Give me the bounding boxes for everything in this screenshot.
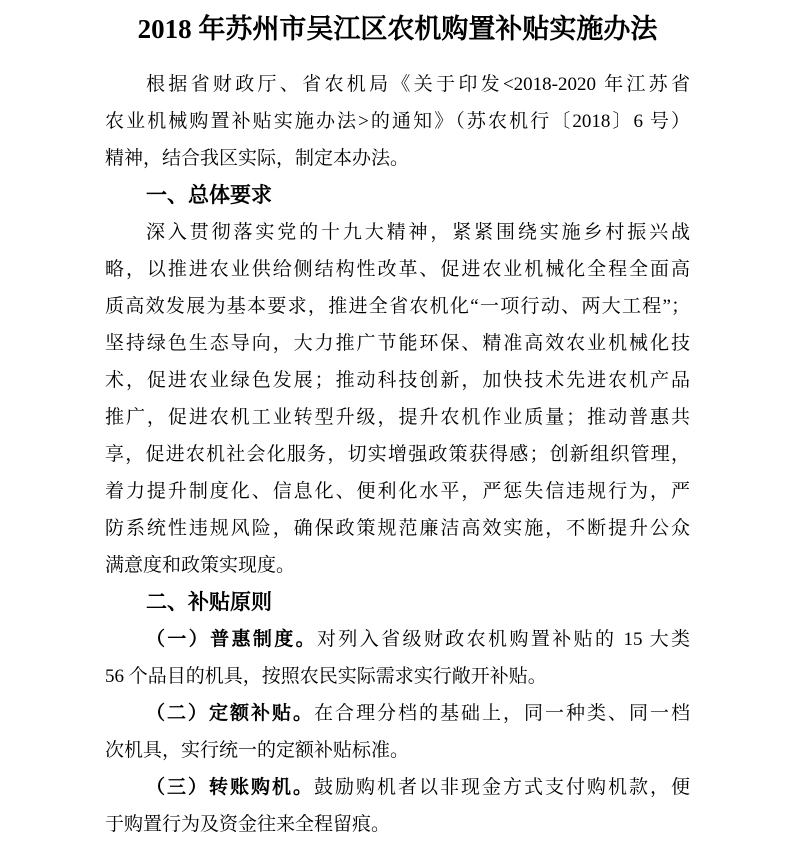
text-line: 满意度和政策实现度。 [105,547,690,584]
text-run: 农业机械购置补贴实施办法>的通知》（苏农机行〔2018〕6 号） [105,111,690,132]
section-heading: 一、总体要求 [105,177,690,214]
bold-lead-in: （三）转账购机。 [146,777,314,798]
text-line: 质高效发展为基本要求，推进全省农机化“一项行动、两大工程”； [105,288,690,325]
text-run: 于购置行为及资金往来全程留痕。 [105,814,390,835]
text-run: 对列入省级财政农机购置补贴的 15 大类 [317,629,690,650]
text-line: 术，促进农业绿色发展；推动科技创新，加快技术先进农机产品 [105,362,690,399]
bold-lead-in: （一）普惠制度。 [146,629,317,650]
text-run: 精神，结合我区实际，制定本办法。 [105,148,409,169]
document-body: 根据省财政厅、省农机局《关于印发<2018-2020 年江苏省农业机械购置补贴实… [105,66,690,843]
text-line: 推广，促进农机工业转型升级，提升农机作业质量；推动普惠共 [105,399,690,436]
text-line: 次机具，实行统一的定额补贴标准。 [105,732,690,769]
paragraph: 深入贯彻落实党的十九大精神，紧紧围绕实施乡村振兴战略，以推进农业供给侧结构性改革… [105,214,690,584]
text-line: （三）转账购机。鼓励购机者以非现金方式支付购机款，便 [105,769,690,806]
bold-lead-in: （二）定额补贴。 [146,703,314,724]
text-line: 精神，结合我区实际，制定本办法。 [105,140,690,177]
text-line: 坚持绿色生态导向，大力推广节能环保、精准高效农业机械化技 [105,325,690,362]
paragraph: （三）转账购机。鼓励购机者以非现金方式支付购机款，便于购置行为及资金往来全程留痕… [105,769,690,843]
text-run: 推广，促进农机工业转型升级，提升农机作业质量；推动普惠共 [105,407,690,428]
document-page: 2018 年苏州市吴江区农机购置补贴实施办法 根据省财政厅、省农机局《关于印发<… [0,0,793,851]
text-line: 农业机械购置补贴实施办法>的通知》（苏农机行〔2018〕6 号） [105,103,690,140]
paragraph: （二）定额补贴。在合理分档的基础上，同一种类、同一档次机具，实行统一的定额补贴标… [105,695,690,769]
text-line: （一）普惠制度。对列入省级财政农机购置补贴的 15 大类 [105,621,690,658]
text-line: （二）定额补贴。在合理分档的基础上，同一种类、同一档 [105,695,690,732]
text-run: 满意度和政策实现度。 [105,555,295,576]
text-line: 深入贯彻落实党的十九大精神，紧紧围绕实施乡村振兴战 [105,214,690,251]
text-run: 次机具，实行统一的定额补贴标准。 [105,740,409,761]
paragraph: 根据省财政厅、省农机局《关于印发<2018-2020 年江苏省农业机械购置补贴实… [105,66,690,177]
text-run: 56 个品目的机具，按照农民实际需求实行敞开补贴。 [105,666,547,687]
text-run: 略，以推进农业供给侧结构性改革、促进农业机械化全程全面高 [105,259,690,280]
paragraph: （一）普惠制度。对列入省级财政农机购置补贴的 15 大类56 个品目的机具，按照… [105,621,690,695]
text-run: 在合理分档的基础上，同一种类、同一档 [314,703,690,724]
text-run: 鼓励购机者以非现金方式支付购机款，便 [314,777,690,798]
text-line: 防系统性违规风险，确保政策规范廉洁高效实施，不断提升公众 [105,510,690,547]
text-run: 坚持绿色生态导向，大力推广节能环保、精准高效农业机械化技 [105,333,690,354]
text-line: 56 个品目的机具，按照农民实际需求实行敞开补贴。 [105,658,690,695]
text-run: 享，促进农机社会化服务，切实增强政策获得感；创新组织管理， [105,444,690,465]
text-run: 术，促进农业绿色发展；推动科技创新，加快技术先进农机产品 [105,370,690,391]
section-heading: 二、补贴原则 [105,584,690,621]
text-line: 享，促进农机社会化服务，切实增强政策获得感；创新组织管理， [105,436,690,473]
text-line: 着力提升制度化、信息化、便利化水平，严惩失信违规行为，严 [105,473,690,510]
text-line: 根据省财政厅、省农机局《关于印发<2018-2020 年江苏省 [105,66,690,103]
text-run: 着力提升制度化、信息化、便利化水平，严惩失信违规行为，严 [105,481,690,502]
text-run: 质高效发展为基本要求，推进全省农机化“一项行动、两大工程”； [105,296,690,317]
text-line: 于购置行为及资金往来全程留痕。 [105,806,690,843]
text-run: 根据省财政厅、省农机局《关于印发<2018-2020 年江苏省 [146,74,690,95]
text-run: 深入贯彻落实党的十九大精神，紧紧围绕实施乡村振兴战 [146,222,690,243]
text-run: 防系统性违规风险，确保政策规范廉洁高效实施，不断提升公众 [105,518,690,539]
text-line: 略，以推进农业供给侧结构性改革、促进农业机械化全程全面高 [105,251,690,288]
document-title: 2018 年苏州市吴江区农机购置补贴实施办法 [105,8,690,50]
